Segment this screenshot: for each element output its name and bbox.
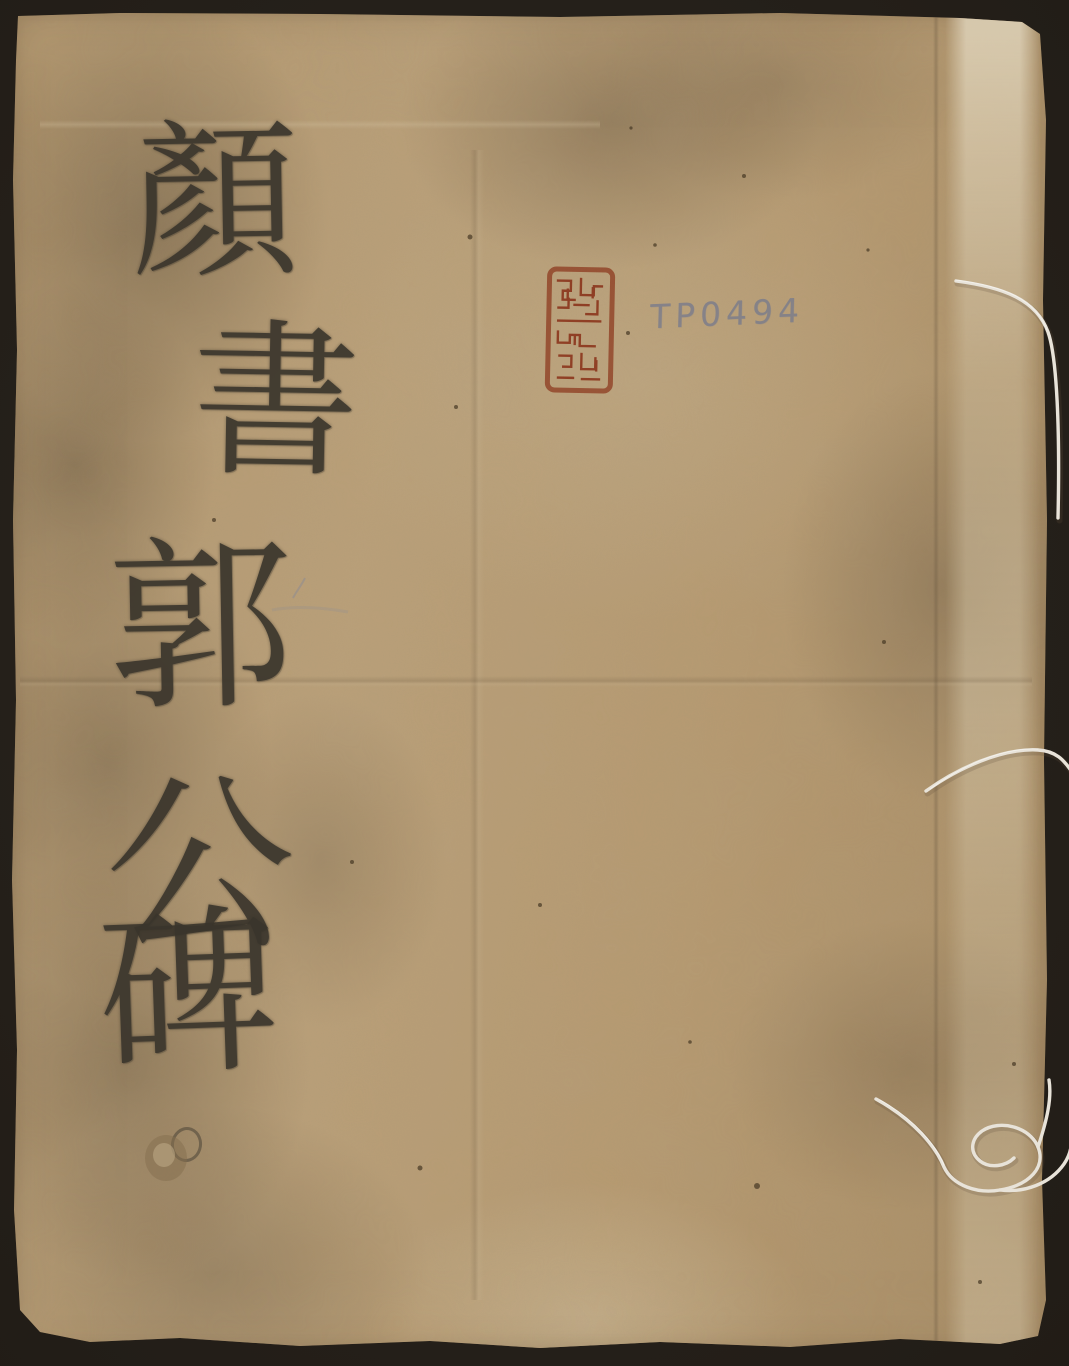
title-char-2: 書: [191, 317, 362, 488]
catalog-number: TP0494: [650, 291, 805, 337]
title-char-3: 郭: [106, 533, 294, 721]
title-char-1: 顏: [129, 117, 302, 290]
title-char-5: 碑: [95, 902, 281, 1088]
seal-script-pattern: [544, 265, 617, 394]
spine-fold-line: [933, 0, 939, 1366]
top-fold-highlight: [40, 120, 600, 129]
red-seal-stamp: [544, 265, 617, 394]
vertical-crease: [470, 150, 484, 1300]
photo-background: 顏 書 郭 公 碑: [0, 0, 1069, 1366]
